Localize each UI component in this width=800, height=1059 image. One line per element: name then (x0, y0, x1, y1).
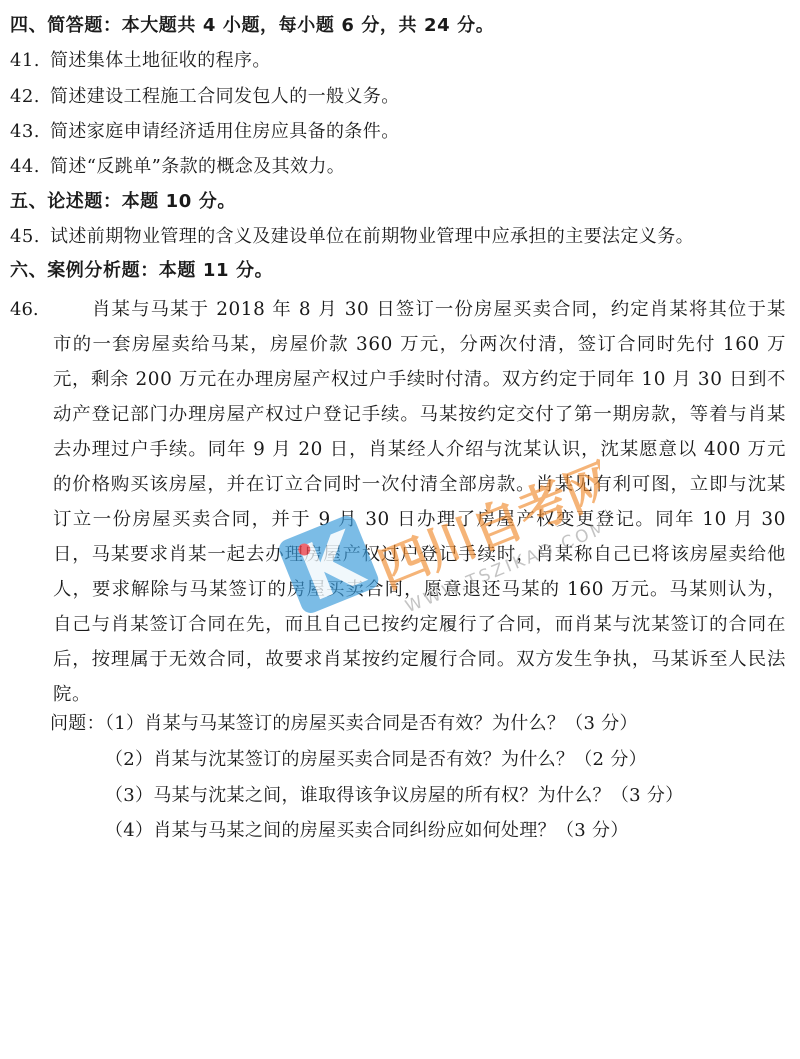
question-text: 马某与沈某之间，谁取得该争议房屋的所有权？为什么？（3 分） (153, 785, 683, 806)
question-number: （4） (105, 820, 153, 841)
question-text: 简述家庭申请经济适用住房应具备的条件。 (50, 121, 400, 142)
case-paragraph: 肖某与马某于 2018 年 8 月 30 日签订一份房屋买卖合同，约定肖某将其位… (53, 292, 786, 712)
case-question-2: （2）肖某与沈某签订的房屋买卖合同是否有效？为什么？（2 分） (105, 748, 647, 772)
question-41: 41.简述集体土地征收的程序。 (10, 49, 271, 73)
question-number: 45. (10, 225, 50, 249)
case-question-1: 问题：（1）肖某与马某签订的房屋买卖合同是否有效？为什么？（3 分） (50, 712, 638, 736)
question-text: 肖某与沈某签订的房屋买卖合同是否有效？为什么？（2 分） (153, 749, 647, 770)
section-six-heading: 六、案例分析题：本题 11 分。 (10, 259, 273, 283)
question-number: 43. (10, 120, 50, 144)
question-number: 42. (10, 85, 50, 109)
questions-label: 问题： (50, 713, 105, 734)
question-44: 44.简述“反跳单”条款的概念及其效力。 (10, 155, 345, 179)
section-four-heading: 四、简答题：本大题共 4 小题，每小题 6 分，共 24 分。 (10, 14, 494, 38)
question-text: 简述建设工程施工合同发包人的一般义务。 (50, 86, 400, 107)
question-text: 肖某与马某之间的房屋买卖合同纠纷应如何处理？（3 分） (153, 820, 628, 841)
question-number: 41. (10, 49, 50, 73)
case-number: 46. (10, 292, 39, 327)
question-43: 43.简述家庭申请经济适用住房应具备的条件。 (10, 120, 400, 144)
question-number: （1） (105, 713, 144, 734)
case-question-4: （4）肖某与马某之间的房屋买卖合同纠纷应如何处理？（3 分） (105, 819, 629, 843)
question-text: 试述前期物业管理的含义及建设单位在前期物业管理中应承担的主要法定义务。 (50, 226, 694, 247)
question-45: 45.试述前期物业管理的含义及建设单位在前期物业管理中应承担的主要法定义务。 (10, 225, 694, 249)
question-text: 简述“反跳单”条款的概念及其效力。 (50, 156, 345, 177)
question-number: （3） (105, 785, 153, 806)
question-text: 肖某与马某签订的房屋买卖合同是否有效？为什么？（3 分） (144, 713, 638, 734)
case-question-3: （3）马某与沈某之间，谁取得该争议房屋的所有权？为什么？（3 分） (105, 784, 684, 808)
question-number: 44. (10, 155, 50, 179)
exam-page: 四、简答题：本大题共 4 小题，每小题 6 分，共 24 分。 41.简述集体土… (0, 0, 800, 1059)
question-number: （2） (105, 749, 153, 770)
section-five-heading: 五、论述题：本题 10 分。 (10, 190, 236, 214)
question-42: 42.简述建设工程施工合同发包人的一般义务。 (10, 85, 400, 109)
question-text: 简述集体土地征收的程序。 (50, 50, 271, 71)
